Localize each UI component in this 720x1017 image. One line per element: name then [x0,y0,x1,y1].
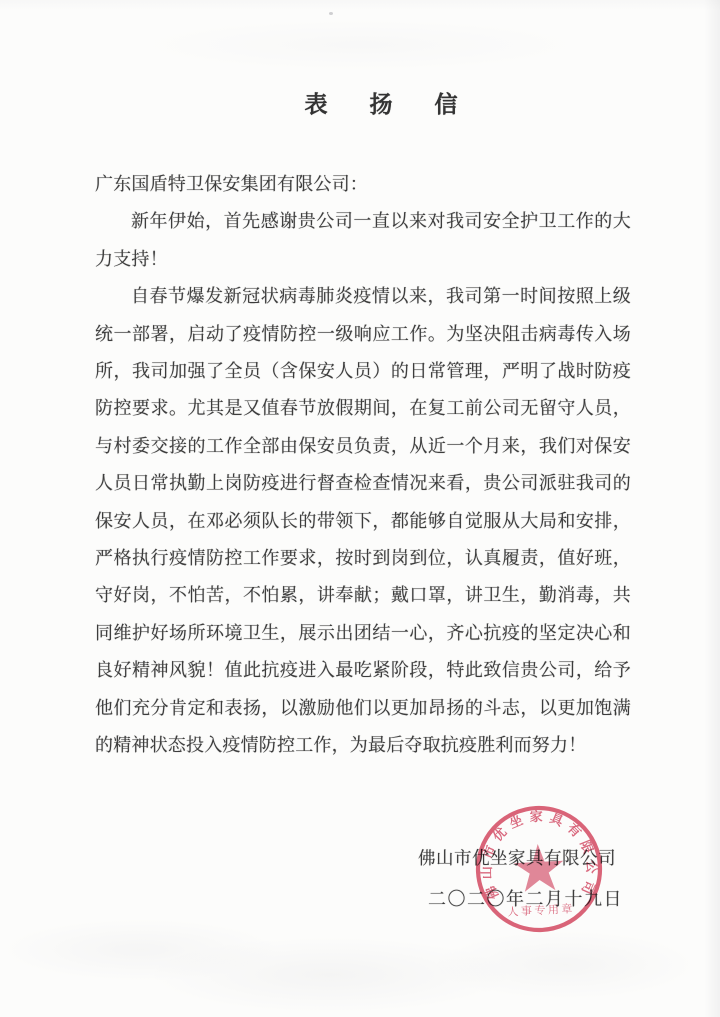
paragraph-thanks: 新年伊始，首先感谢贵公司一直以来对我司安全护卫工作的大力支持！ [95,203,631,278]
letter-title: 表 扬 信 [22,86,720,119]
signature-date: 二〇二〇年二月十九日 [428,885,623,911]
salutation: 广东国盾特卫保安集团有限公司： [95,166,631,203]
paragraph-commendation: 自春节爆发新冠状病毒肺炎疫情以来，我司第一时间按照上级统一部署，启动了疫情防控一… [95,278,631,764]
signature-company: 佛山市优坐家具有限公司 [418,845,616,870]
letter-body: 广东国盾特卫保安集团有限公司： 新年伊始，首先感谢贵公司一直以来对我司安全护卫工… [95,166,631,765]
scan-speck [329,12,333,15]
letter-page: 表 扬 信 广东国盾特卫保安集团有限公司： 新年伊始，首先感谢贵公司一直以来对我… [0,0,720,1017]
